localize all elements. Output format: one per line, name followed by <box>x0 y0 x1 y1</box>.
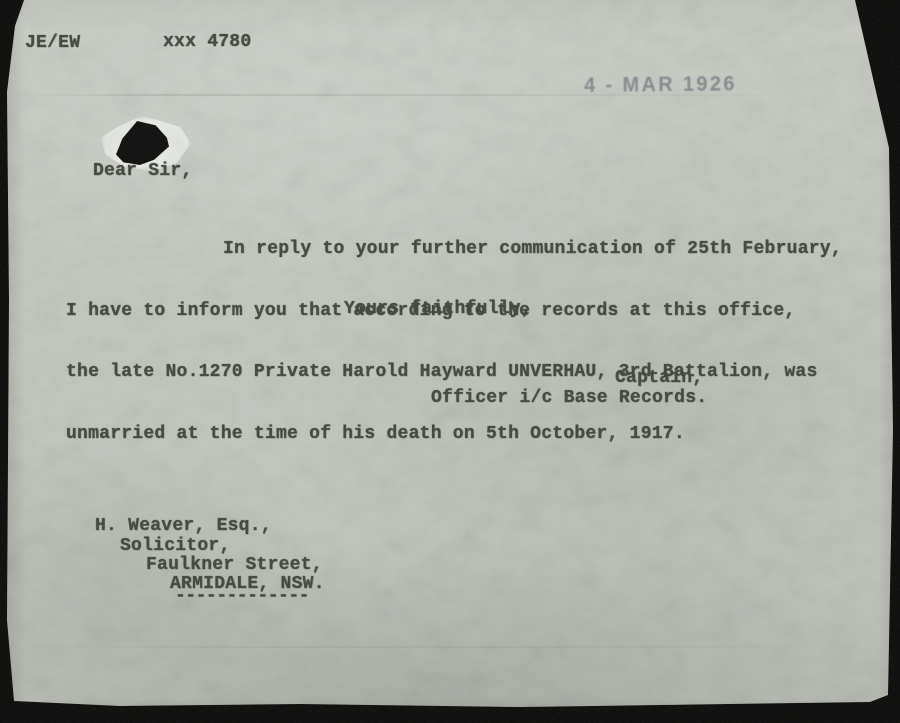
body-line: unmarried at the time of his death on 5t… <box>66 424 842 445</box>
paper-crease <box>10 94 870 96</box>
paper-crease-lower <box>20 646 870 648</box>
signature-rank: Captain, <box>615 368 703 388</box>
scanned-letter: JE/EW xxx 4780 4 - MAR 1926 Dear Sir, In… <box>0 0 900 723</box>
reference-initials: JE/EW <box>25 33 80 53</box>
body-line: In reply to your further communication o… <box>66 239 842 260</box>
recipient-underline: ------------- <box>175 586 309 606</box>
body-line: the late No.1270 Private Harold Hayward … <box>66 362 842 383</box>
closing-phrase: Yours faithfully, <box>344 299 532 319</box>
salutation: Dear Sir, <box>93 161 192 181</box>
letter-body: In reply to your further communication o… <box>66 198 842 485</box>
signature-title: Officer i/c Base Records. <box>431 388 707 408</box>
recipient-title: Solicitor, <box>120 536 231 556</box>
recipient-street: Faulkner Street, <box>146 555 323 575</box>
file-number: xxx 4780 <box>163 32 251 52</box>
date-stamp: 4 - MAR 1926 <box>584 72 737 98</box>
recipient-name: H. Weaver, Esq., <box>95 516 272 536</box>
letter-paper: JE/EW xxx 4780 4 - MAR 1926 Dear Sir, In… <box>0 0 900 723</box>
